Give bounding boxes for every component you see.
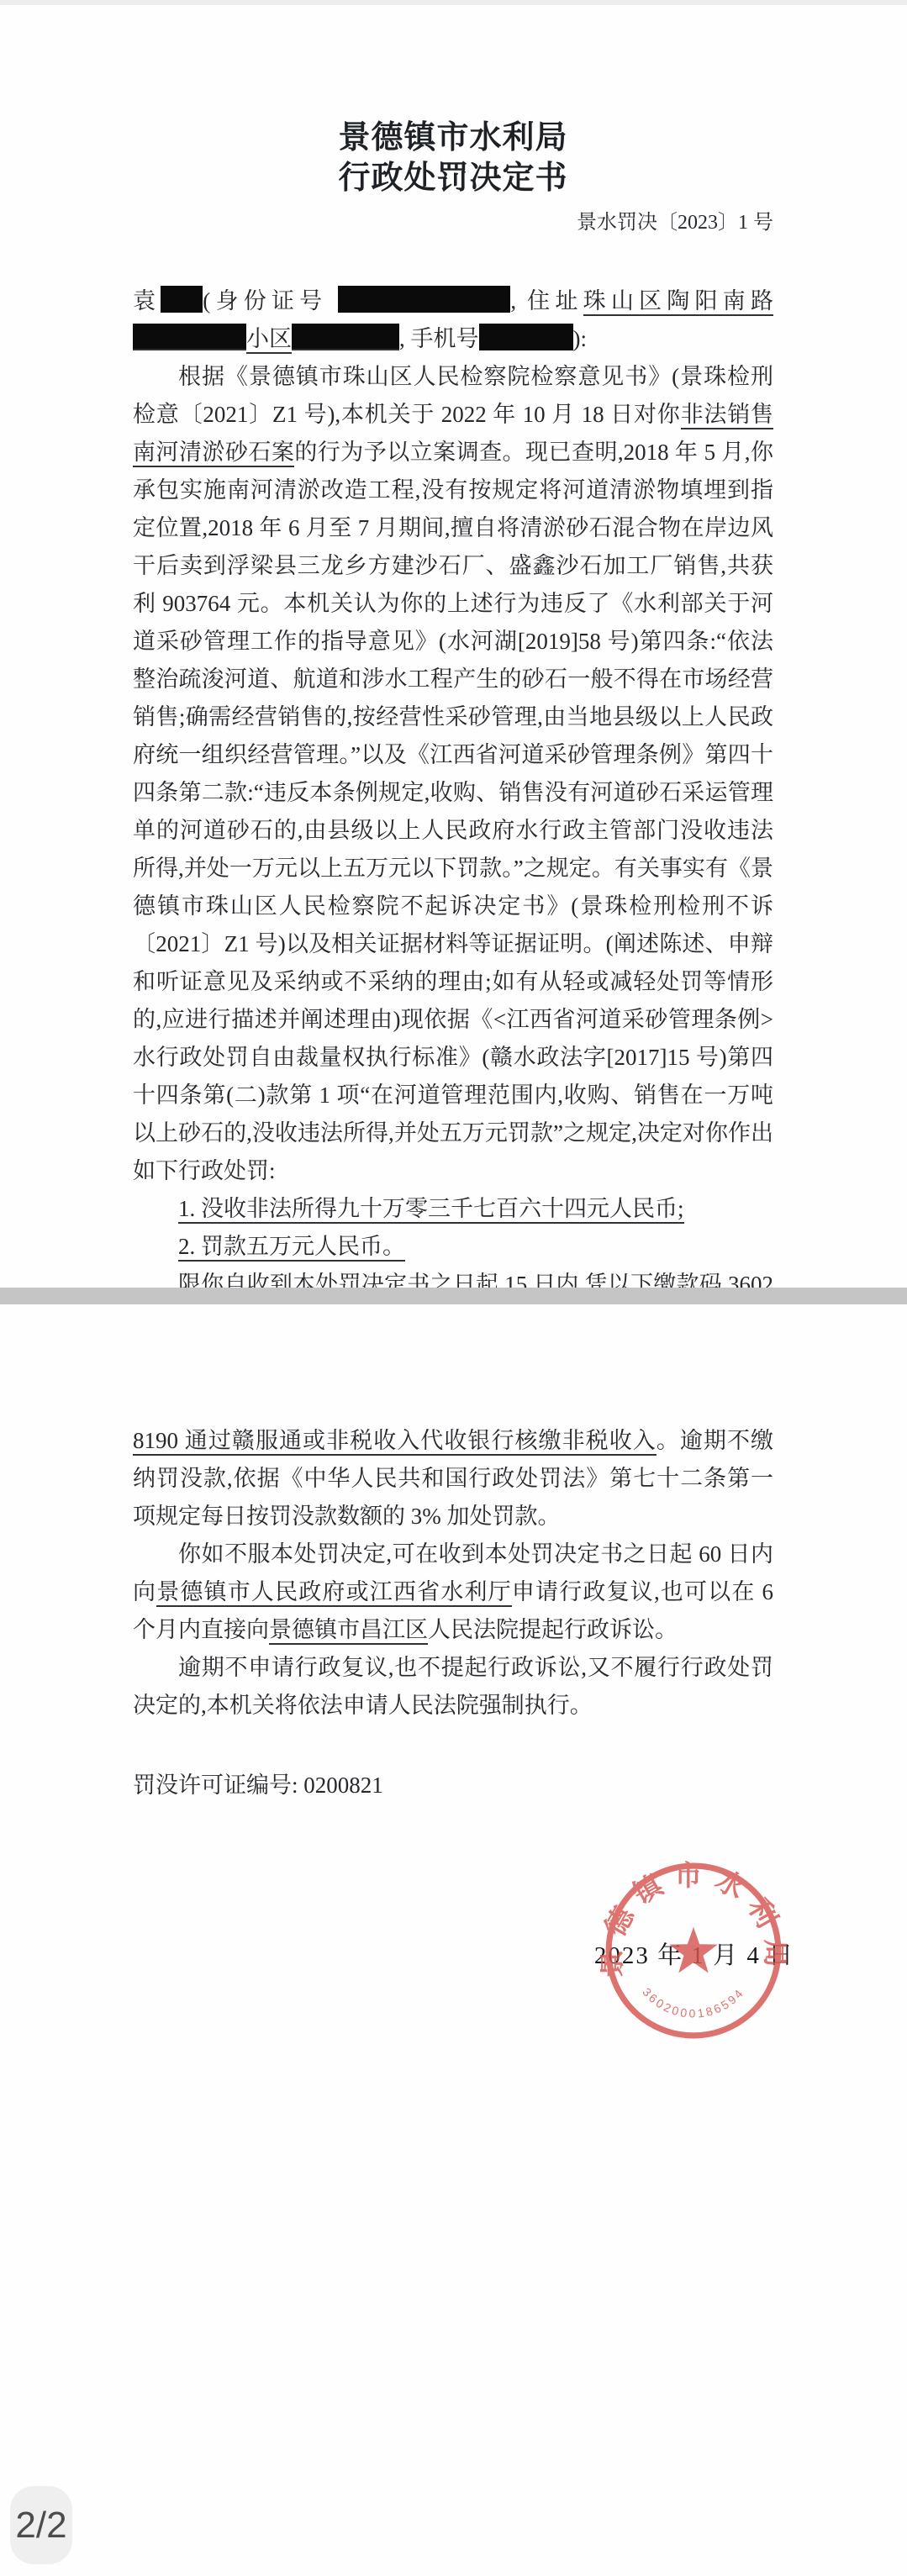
redaction-bar <box>479 324 573 350</box>
para-facts-and-basis: 根据《景德镇市珠山区人民检察院检察意见书》(景珠检刑检意〔2021〕Z1 号),… <box>133 358 773 1190</box>
para-penalty-item-2: 2. 罚款五万元人民币。 <box>133 1228 773 1266</box>
text-segment: 根据《景德镇市珠山区人民检察院检察意见书》(景珠检刑检意〔2021〕Z1 号),… <box>133 364 773 427</box>
text-segment: , 住址 <box>510 288 583 313</box>
document-page-1[interactable]: 景德镇市水利局 行政处罚决定书 景水罚决〔2023〕1 号 袁(身份证号 , 住… <box>0 5 907 1288</box>
para-penalty-item-1: 1. 没收非法所得九十万零三千七百六十四元人民币; <box>133 1190 773 1228</box>
official-seal: 景德镇市水利局 3602000186594 <box>600 1857 787 2044</box>
page-indicator: 2/2 <box>15 2505 66 2547</box>
text-segment: , 手机号 <box>399 326 479 351</box>
page-indicator-pill: 2/2 <box>10 2486 72 2564</box>
doc-title-line1: 景德镇市水利局 <box>133 118 773 158</box>
photo-viewer[interactable]: 景德镇市水利局 行政处罚决定书 景水罚决〔2023〕1 号 袁(身份证号 , 住… <box>0 0 907 2576</box>
seal-code: 3602000186594 <box>640 1985 747 2020</box>
para-payment-method: 8190 通过赣服通或非税收入代收银行核缴非税收入。逾期不缴纳罚没款,依据《中华… <box>133 1422 773 1536</box>
text-segment: 人民法院提起行政诉讼。 <box>428 1617 678 1642</box>
text-segment: 逾期不申请行政复议,也不提起行政诉讼,又不履行行政处罚决定的,本机关将依法申请人… <box>133 1655 773 1718</box>
para-enforcement: 逾期不申请行政复议,也不提起行政诉讼,又不履行行政处罚决定的,本机关将依法申请人… <box>133 1649 773 1725</box>
para-appeal-rights: 你如不服本处罚决定,可在收到本处罚决定书之日起 60 日内向景德镇市人民政府或江… <box>133 1536 773 1649</box>
text-segment: 2. 罚款五万元人民币。 <box>178 1234 405 1262</box>
para-party-info: 袁(身份证号 , 住址珠山区陶阳南路小区, 手机号): <box>133 282 773 358</box>
redaction-bar <box>133 324 246 350</box>
text-segment: (身份证号 <box>203 288 338 313</box>
redaction-bar <box>161 286 203 313</box>
doc-number: 景水罚决〔2023〕1 号 <box>133 210 773 235</box>
text-segment: 景德镇市昌江区 <box>269 1617 428 1645</box>
text-segment: 珠山区陶阳南路 <box>583 288 773 316</box>
text-segment: 8190 通过赣服通或非税收入代收银行核缴非税收入 <box>133 1428 657 1456</box>
text-segment: 1. 没收非法所得九十万零三千七百六十四元人民币; <box>178 1196 684 1224</box>
text-segment: 景德镇市人民政府或江西省水利厅 <box>156 1579 512 1607</box>
redaction-bar <box>292 324 399 350</box>
text-segment: 袁 <box>133 288 161 313</box>
permit-number: 罚没许可证编号: 0200821 <box>133 1767 773 1804</box>
page-divider <box>0 1288 907 1304</box>
text-segment: 小区 <box>246 326 292 354</box>
text-segment: ): <box>573 326 588 351</box>
doc-title-line2: 行政处罚决定书 <box>133 158 773 198</box>
seal-star-icon <box>669 1927 718 1973</box>
redaction-bar <box>338 286 510 313</box>
text-segment: 的行为予以立案调查。现已查明,2018 年 5 月,你承包实施南河清淤改造工程,… <box>133 440 773 1183</box>
